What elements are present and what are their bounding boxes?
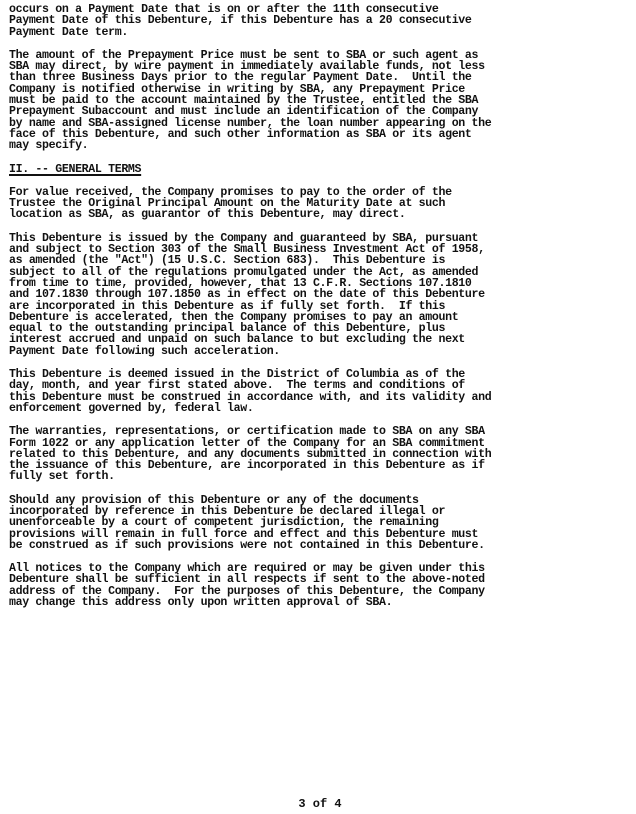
paragraph-prepayment-term: occurs on a Payment Date that is on or a… [9,4,633,38]
prepayment-section: occurs on a Payment Date that is on or a… [9,4,633,152]
paragraph-governing-law: This Debenture is deemed issued in the D… [9,369,633,414]
general-terms-section: For value received, the Company promises… [9,187,633,609]
section-heading: II. -- GENERAL TERMS [9,164,633,175]
paragraph-prepayment-price: The amount of the Prepayment Price must … [9,50,633,152]
paragraph-promise-to-pay: For value received, the Company promises… [9,187,633,221]
document-page: occurs on a Payment Date that is on or a… [9,4,633,608]
paragraph-notices: All notices to the Company which are req… [9,563,633,608]
page-number: 3 of 4 [0,797,636,811]
paragraph-issuance-and-guarantee: This Debenture is issued by the Company … [9,233,633,357]
paragraph-warranties: The warranties, representations, or cert… [9,426,633,482]
paragraph-severability: Should any provision of this Debenture o… [9,495,633,551]
